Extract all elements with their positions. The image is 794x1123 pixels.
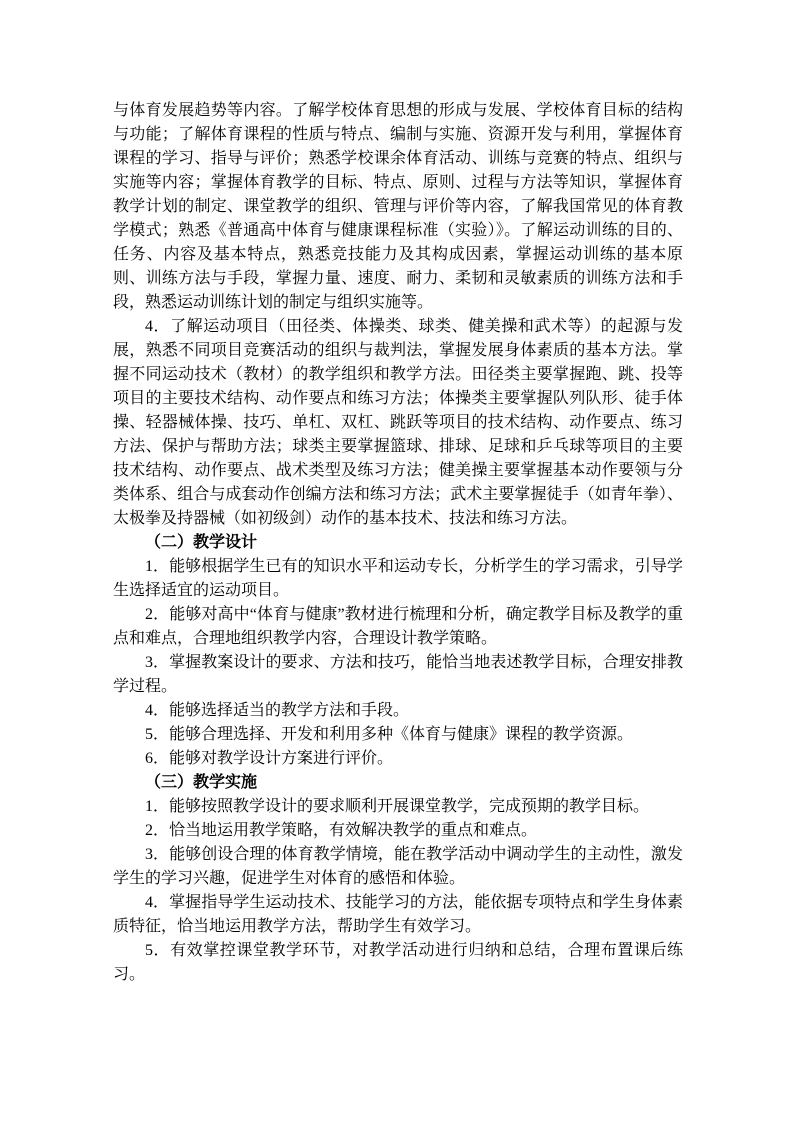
section-heading: （二）教学设计: [113, 531, 683, 555]
paragraph: 6．能够对教学设计方案进行评价。: [113, 747, 683, 771]
paragraph: 4．能够选择适当的教学方法和手段。: [113, 699, 683, 723]
paragraph: 与体育发展趋势等内容。了解学校体育思想的形成与发展、学校体育目标的结构与功能；了…: [113, 99, 683, 315]
paragraph: 5．能够合理选择、开发和利用多种《体育与健康》课程的教学资源。: [113, 723, 683, 747]
paragraph: 4．了解运动项目（田径类、体操类、球类、健美操和武术等）的起源与发展，熟悉不同项…: [113, 315, 683, 531]
section-heading: （三）教学实施: [113, 771, 683, 795]
paragraph: 1．能够根据学生已有的知识水平和运动专长，分析学生的学习需求，引导学生选择适宜的…: [113, 555, 683, 603]
paragraph: 2．能够对高中“体育与健康”教材进行梳理和分析，确定教学目标及教学的重点和难点，…: [113, 603, 683, 651]
paragraph: 2．恰当地运用教学策略，有效解决教学的重点和难点。: [113, 819, 683, 843]
document-page: 与体育发展趋势等内容。了解学校体育思想的形成与发展、学校体育目标的结构与功能；了…: [0, 0, 794, 1123]
paragraph: 4．掌握指导学生运动技术、技能学习的方法，能依据专项特点和学生身体素质特征，恰当…: [113, 891, 683, 939]
paragraph: 1．能够按照教学设计的要求顺利开展课堂教学，完成预期的教学目标。: [113, 795, 683, 819]
document-body: 与体育发展趋势等内容。了解学校体育思想的形成与发展、学校体育目标的结构与功能；了…: [113, 99, 683, 987]
paragraph: 3．掌握教案设计的要求、方法和技巧，能恰当地表述教学目标，合理安排教学过程。: [113, 651, 683, 699]
paragraph: 5．有效掌控课堂教学环节，对教学活动进行归纳和总结，合理布置课后练习。: [113, 939, 683, 987]
paragraph: 3．能够创设合理的体育教学情境，能在教学活动中调动学生的主动性，激发学生的学习兴…: [113, 843, 683, 891]
